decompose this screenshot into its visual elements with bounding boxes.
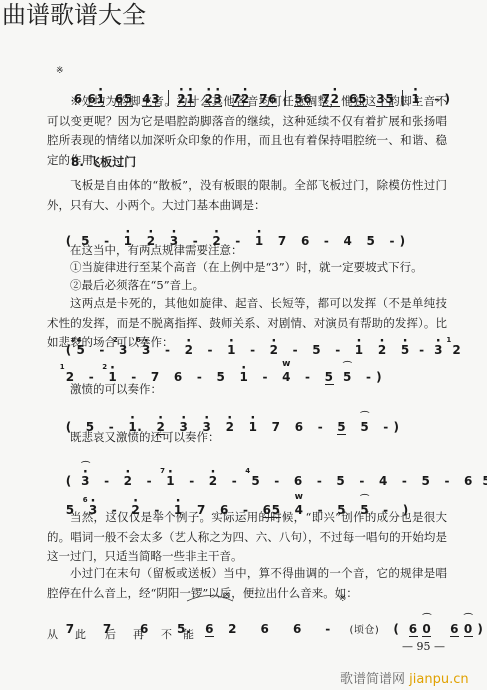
lyric-char: 能 [183, 626, 205, 642]
rhyme-marker-3: ※ [339, 594, 347, 604]
watermark: 歌谱简谱网 jianpu.cn [340, 668, 469, 687]
paragraph-sad-angry: 既悲哀又激愤的还可以奏作： [47, 428, 447, 448]
site-title: 曲谱歌谱大全 [2, 0, 146, 30]
rule-item-2: ②最后必须落在“5”音上。 [47, 276, 447, 296]
lyric-char: 后 [105, 626, 133, 642]
lyric-char: 此 [75, 626, 105, 642]
paragraph-improvisation: 当然，这仅仅是举个例子。实际运用的时候，“即兴”创作的成分也是很大的。唱词一般不… [47, 508, 447, 567]
slur-arc [185, 592, 235, 602]
section-heading: 8. 飞板过门 [71, 153, 136, 170]
paragraph-small-interlude: 小过门在末句（留板或送板）当中，算不得曲调的一个音，它的规律是唱腔停在什么音上，… [47, 564, 447, 603]
lyrics-row: 从此后再不能 [47, 626, 205, 642]
watermark-domain: jianpu.cn [409, 672, 468, 687]
paragraph-angry: 激愤的可以奏作： [47, 380, 447, 400]
rhyme-marker: ※ [56, 66, 64, 76]
paragraph-feiban-intro: 飞板是自由体的“散板”，没有板眼的限制。全部飞板过门，除模仿性过门外，只有大、小… [47, 176, 447, 215]
rule-item-1: ①当旋律进行至某个高音（在上例中是“3̇”）时，就一定要坡式下行。 [47, 258, 447, 278]
gong-notation: (顷仓) [349, 625, 379, 636]
score-page: 曲谱歌谱大全 ※ 6 61 65 4321 23 72 7656 72 65 3… [0, 0, 487, 690]
watermark-site-name: 歌谱简谱网 [340, 672, 405, 687]
lyric-char: 不 [161, 626, 183, 642]
page-number: — 95 — [402, 640, 445, 653]
lyric-char: 再 [133, 626, 161, 642]
lyric-char: 从 [47, 626, 75, 642]
